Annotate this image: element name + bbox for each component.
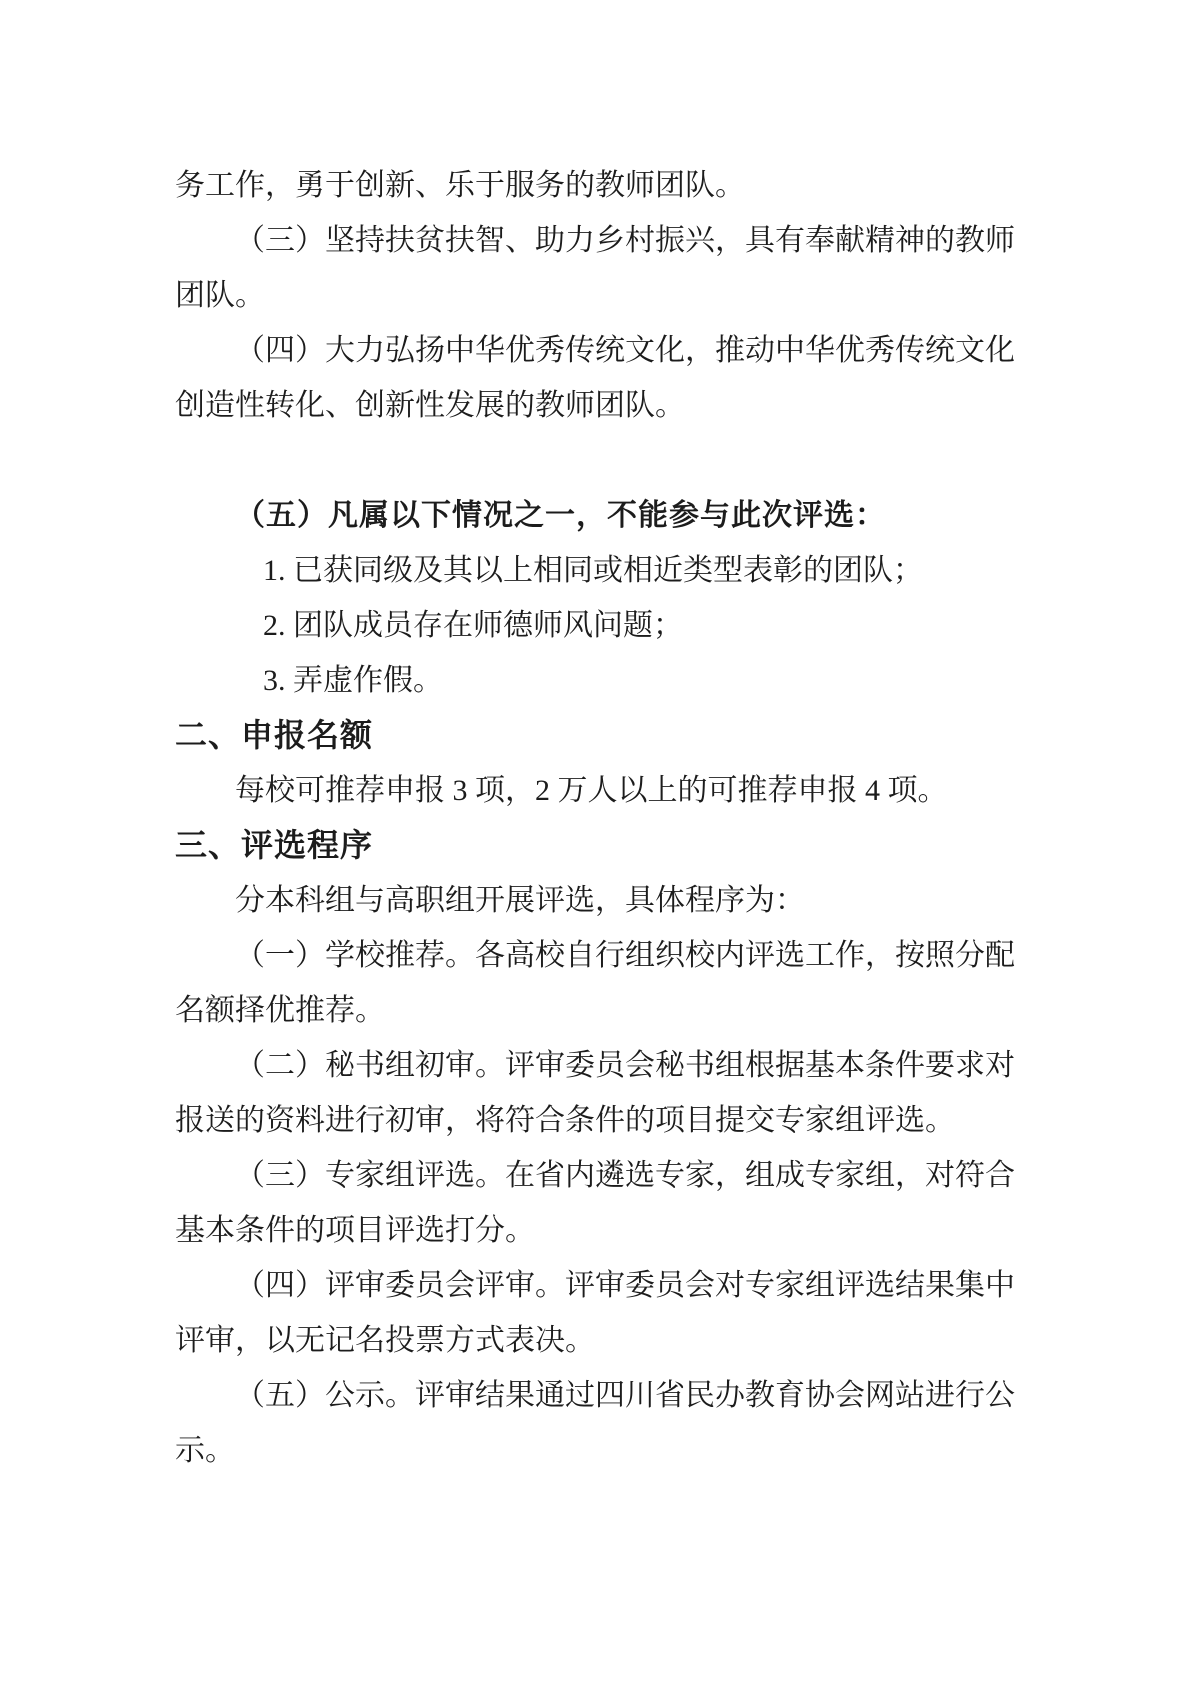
body-text-line: （五）公示。评审结果通过四川省民办教育协会网站进行公 <box>175 1368 1020 1423</box>
body-text-line: 报送的资料进行初审，将符合条件的项目提交专家组评选。 <box>175 1093 1020 1148</box>
body-text-line: （四）评审委员会评审。评审委员会对专家组评选结果集中 <box>175 1258 1020 1313</box>
section-heading-line: 三、评选程序 <box>175 818 1020 873</box>
list-item-line: 1. 已获同级及其以上相同或相近类型表彰的团队； <box>175 543 1020 598</box>
body-text-line: （一）学校推荐。各高校自行组织校内评选工作，按照分配 <box>175 928 1020 983</box>
body-text-line: （三）专家组评选。在省内遴选专家，组成专家组，对符合 <box>175 1148 1020 1203</box>
body-text-line: 基本条件的项目评选打分。 <box>175 1203 1020 1258</box>
body-text-line: 评审，以无记名投票方式表决。 <box>175 1313 1020 1368</box>
body-text-line: （三）坚持扶贫扶智、助力乡村振兴，具有奉献精神的教师 <box>175 213 1020 268</box>
body-text-line: 名额择优推荐。 <box>175 983 1020 1038</box>
body-text-line: （四）大力弘扬中华优秀传统文化，推动中华优秀传统文化 <box>175 323 1020 378</box>
document-page: 务工作，勇于创新、乐于服务的教师团队。（三）坚持扶贫扶智、助力乡村振兴，具有奉献… <box>0 0 1190 1684</box>
body-text-line: 团队。 <box>175 268 1020 323</box>
section-heading-line: 二、申报名额 <box>175 708 1020 763</box>
body-text-line: 创造性转化、创新性发展的教师团队。 <box>175 378 1020 433</box>
body-text-line: 分本科组与高职组开展评选，具体程序为： <box>175 873 1020 928</box>
list-item-line: 2. 团队成员存在师德师风问题； <box>175 598 1020 653</box>
list-item-line: 3. 弄虚作假。 <box>175 653 1020 708</box>
document-body: 务工作，勇于创新、乐于服务的教师团队。（三）坚持扶贫扶智、助力乡村振兴，具有奉献… <box>175 158 1020 1478</box>
body-text-line: 示。 <box>175 1423 1020 1478</box>
blank-line <box>175 433 1020 488</box>
body-text-line: 务工作，勇于创新、乐于服务的教师团队。 <box>175 158 1020 213</box>
body-text-line: 每校可推荐申报 3 项，2 万人以上的可推荐申报 4 项。 <box>175 763 1020 818</box>
subsection-heading-line: （五）凡属以下情况之一，不能参与此次评选： <box>175 488 1020 543</box>
body-text-line: （二）秘书组初审。评审委员会秘书组根据基本条件要求对 <box>175 1038 1020 1093</box>
